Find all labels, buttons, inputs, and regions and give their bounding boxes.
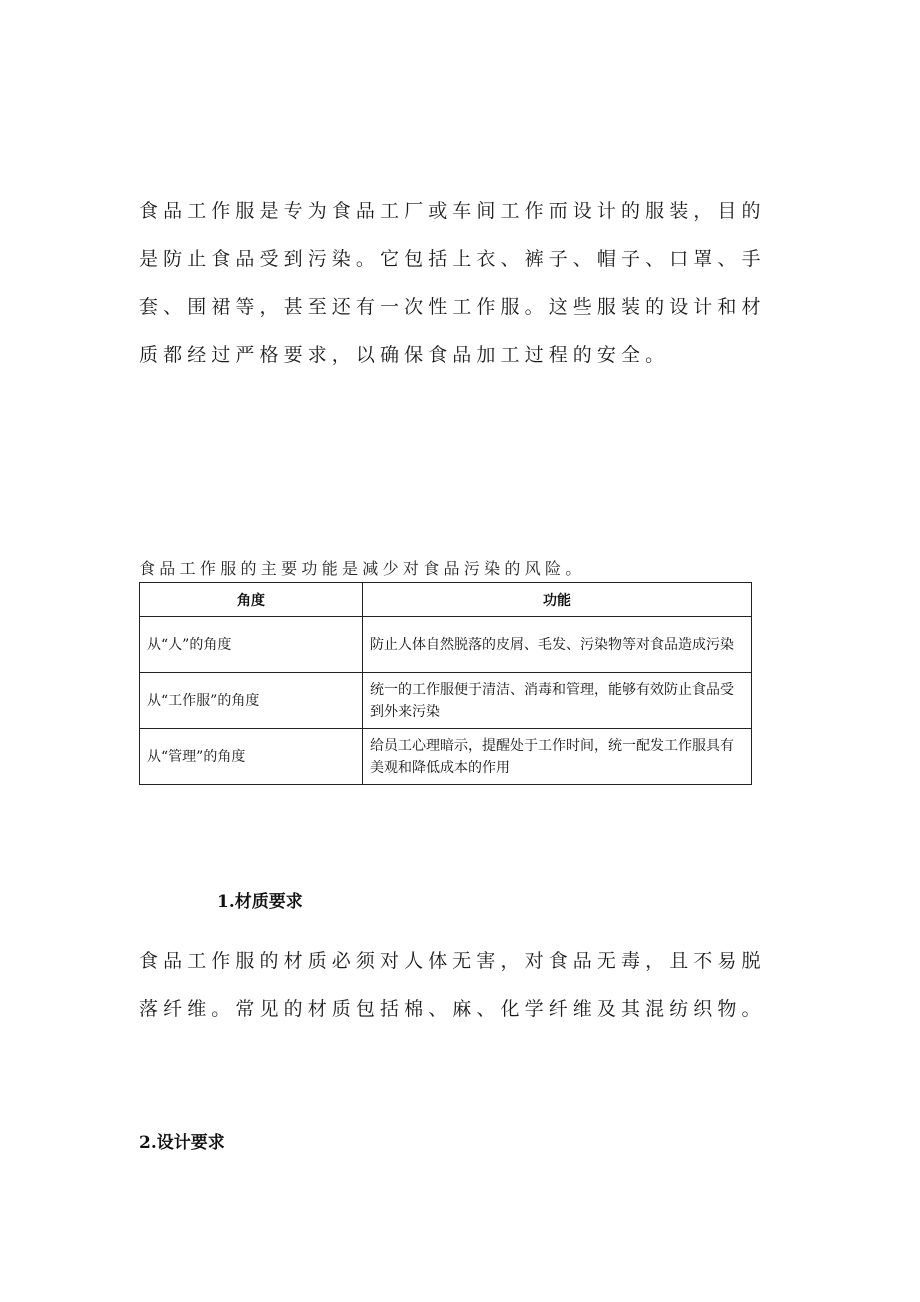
section-heading-material: 1.材质要求 [217,887,303,912]
table-header-row: 角度 功能 [140,583,752,617]
cell-angle: 从“工作服”的角度 [140,673,363,729]
cell-angle: 从“管理”的角度 [140,729,363,785]
cell-function: 给员工心理暗示，提醒处于工作时间，统一配发工作服具有美观和降低成本的作用 [363,729,752,785]
table-row: 从“工作服”的角度 统一的工作服便于清洁、消毒和管理，能够有效防止食品受到外来污… [140,673,752,729]
section-heading-design: 2.设计要求 [139,1128,225,1153]
material-paragraph: 食品工作服的材质必须对人体无害，对食品无毒，且不易脱落纤维。常见的材质包括棉、麻… [139,937,769,1033]
function-table: 角度 功能 从“人”的角度 防止人体自然脱落的皮屑、毛发、污染物等对食品造成污染… [139,582,752,785]
table-row: 从“管理”的角度 给员工心理暗示，提醒处于工作时间，统一配发工作服具有美观和降低… [140,729,752,785]
cell-angle: 从“人”的角度 [140,617,363,673]
header-function: 功能 [363,583,752,617]
cell-function: 统一的工作服便于清洁、消毒和管理，能够有效防止食品受到外来污染 [363,673,752,729]
table-caption: 食品工作服的主要功能是减少对食品污染的风险。 [139,558,586,580]
header-angle: 角度 [140,583,363,617]
table-row: 从“人”的角度 防止人体自然脱落的皮屑、毛发、污染物等对食品造成污染 [140,617,752,673]
intro-paragraph: 食品工作服是专为食品工厂或车间工作而设计的服装，目的是防止食品受到污染。它包括上… [139,187,769,379]
cell-function: 防止人体自然脱落的皮屑、毛发、污染物等对食品造成污染 [363,617,752,673]
